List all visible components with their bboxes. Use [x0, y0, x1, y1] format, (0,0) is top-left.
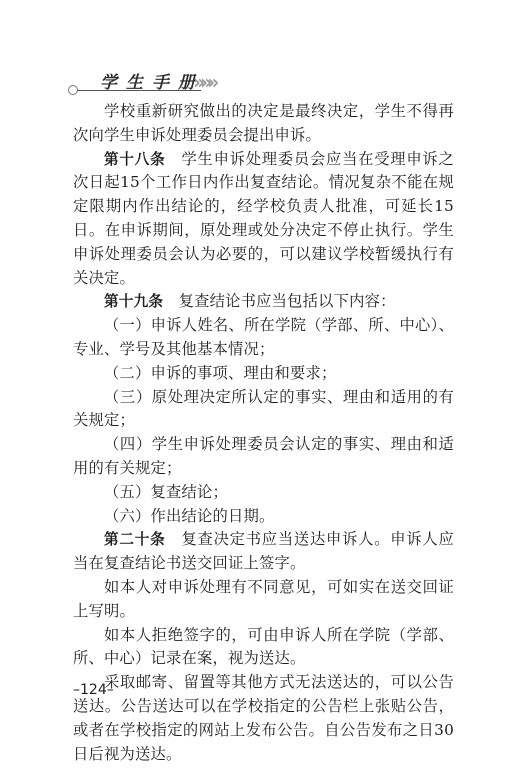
list-item: （二）申诉的事项、理由和要求； [73, 362, 454, 386]
paragraph-text: 采取邮寄、留置等其他方式无法送达的，可以公告送达。公告送达可以在学校指定的公告栏… [73, 673, 454, 762]
list-item: （三）原处理决定所认定的事实、理由和适用的有关规定； [73, 386, 454, 434]
chevron-right-icon: »»» [193, 70, 214, 94]
paragraph: 学校重新研究做出的决定是最终决定，学生不得再次向学生申诉处理委员会提出申诉。 [73, 100, 454, 148]
page-number: –124– [73, 682, 114, 698]
paragraph: 第二十条 复查决定书应当送达申诉人。申诉人应当在复查结论书送交回证上签字。 [73, 528, 454, 576]
article-label: 第十八条 [104, 151, 165, 168]
paragraph-text: （一）申诉人姓名、所在学院（学部、所、中心）、专业、学号及其他基本情况； [73, 316, 454, 358]
book-title: 学生手册 [100, 68, 204, 93]
article-label: 第十九条 [104, 293, 163, 310]
paragraph-text: （二）申诉的事项、理由和要求； [104, 364, 336, 382]
paragraph: 采取邮寄、留置等其他方式无法送达的，可以公告送达。公告送达可以在学校指定的公告栏… [73, 671, 454, 766]
paragraph: 第十九条 复查结论书应当包括以下内容： [73, 290, 454, 314]
paragraph-text: 复查结论书应当包括以下内容： [163, 292, 395, 310]
paragraph-text: （六）作出结论的日期。 [104, 507, 274, 525]
list-item: （一）申诉人姓名、所在学院（学部、所、中心）、专业、学号及其他基本情况； [73, 314, 454, 362]
paragraph: 如本人对申诉处理有不同意见，可如实在送交回证上写明。 [73, 576, 454, 624]
paragraph-text: （四）学生申诉处理委员会认定的事实、理由和适用的有关规定； [73, 435, 454, 477]
paragraph-text: 如本人拒绝签字的，可由申诉人所在学院（学部、所、中心）记录在案，视为送达。 [73, 626, 454, 668]
paragraph: 如本人拒绝签字的，可由申诉人所在学院（学部、所、中心）记录在案，视为送达。 [73, 624, 454, 672]
paragraph-text: （五）复查结论； [104, 483, 228, 501]
paragraph: 第十八条 学生申诉处理委员会应当在受理申诉之次日起15个工作日内作出复查结论。情… [73, 148, 454, 291]
paragraph-text: 如本人对申诉处理有不同意见，可如实在送交回证上写明。 [73, 578, 454, 620]
article-label: 第二十条 [104, 531, 165, 548]
list-item: （五）复查结论； [73, 481, 454, 505]
running-header: 学生手册 »»» [66, 68, 226, 98]
paragraph-text: 学生申诉处理委员会应当在受理申诉之次日起15个工作日内作出复查结论。情况复杂不能… [73, 150, 454, 287]
paragraph-text: （三）原处理决定所认定的事实、理由和适用的有关规定； [73, 388, 454, 430]
page-body: 学校重新研究做出的决定是最终决定，学生不得再次向学生申诉处理委员会提出申诉。 第… [73, 100, 454, 766]
list-item: （六）作出结论的日期。 [73, 505, 454, 529]
paragraph-text: 学校重新研究做出的决定是最终决定，学生不得再次向学生申诉处理委员会提出申诉。 [73, 102, 454, 144]
list-item: （四）学生申诉处理委员会认定的事实、理由和适用的有关规定； [73, 433, 454, 481]
